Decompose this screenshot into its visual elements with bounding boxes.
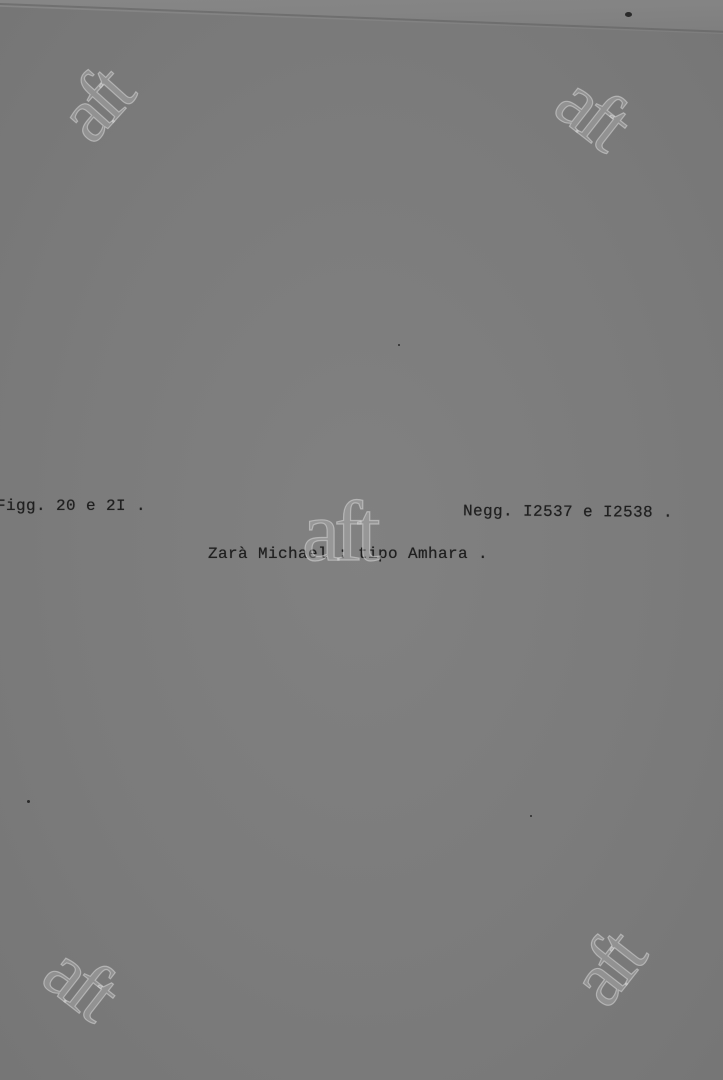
watermark-bottom-left: aft — [31, 930, 130, 1031]
negatives-reference: Negg. I2537 e I2538 . — [463, 502, 673, 521]
dust-speck — [398, 344, 400, 346]
dust-speck — [530, 815, 532, 817]
ink-speck — [625, 12, 632, 17]
scanned-page: aft aft aft aft Figg. 20 e 2I . Negg. I2… — [0, 0, 723, 1080]
dust-speck — [27, 800, 30, 803]
watermark-top-right: aft — [543, 60, 642, 161]
watermark-top-left: aft — [44, 55, 145, 155]
figures-reference: Figg. 20 e 2I . — [0, 497, 146, 515]
watermark-bottom-right: aft — [556, 920, 657, 1019]
watermark-center: aft — [302, 488, 375, 574]
